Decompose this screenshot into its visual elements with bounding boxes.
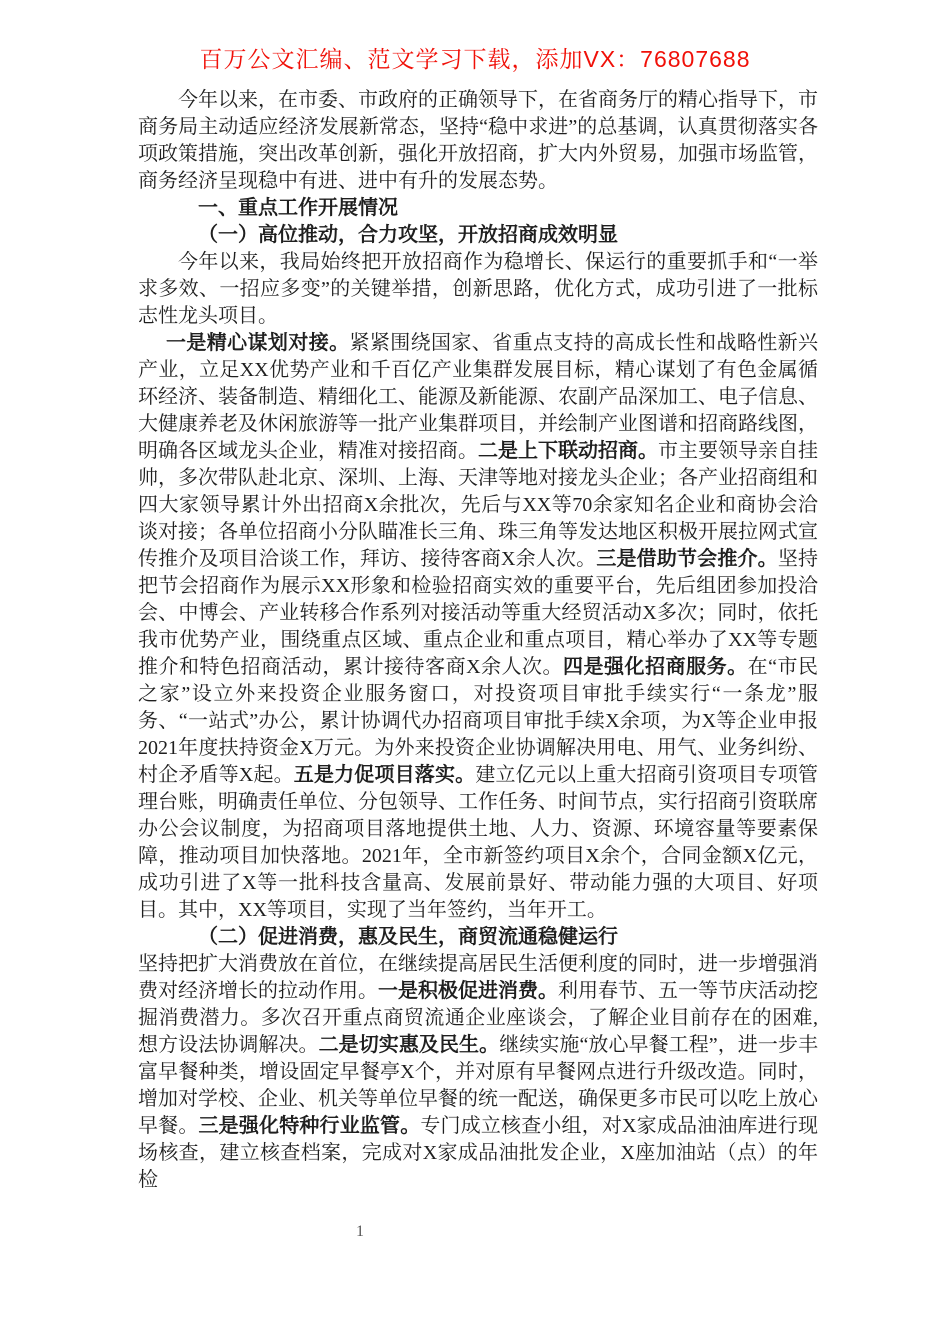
text-run: 今年以来，在市委、市政府的正确领导下，在省商务厅的精心指导下，市商务局主动适应经…	[138, 89, 818, 192]
subsection-heading-1-2: （二）促进消费，惠及民生，商贸流通稳健运行	[138, 924, 818, 951]
bold-text-run: （一）高位推动，合力攻坚，开放招商成效明显	[198, 224, 618, 246]
subsection-1-1-items-paragraph: 一是精心谋划对接。紧紧围绕国家、省重点支持的高成长性和战略性新兴产业，立足XX优…	[138, 330, 818, 924]
bold-text-run: 二是上下联动招商。	[478, 440, 658, 462]
bold-text-run: 二是切实惠及民生。	[319, 1034, 500, 1056]
promo-banner-text: 百万公文汇编、范文学习下载，添加VX：76807688	[0, 0, 950, 74]
bold-text-run: 四是强化招商服务。	[563, 656, 748, 678]
subsection-heading-1-1: （一）高位推动，合力攻坚，开放招商成效明显	[138, 222, 818, 249]
text-run: 建立亿元以上重大招商引资项目专项管理台账，明确责任单位、分包领导、工作任务、时间…	[138, 764, 818, 921]
bold-text-run: 一是精心谋划对接。	[166, 332, 349, 354]
bold-text-run: （二）促进消费，惠及民生，商贸流通稳健运行	[198, 926, 618, 948]
document-page: 百万公文汇编、范文学习下载，添加VX：76807688 今年以来，在市委、市政府…	[0, 0, 950, 1344]
bold-text-run: 三是强化特种行业监管。	[199, 1115, 421, 1137]
bold-text-run: 一是积极促进消费。	[378, 980, 558, 1002]
intro-paragraph: 今年以来，在市委、市政府的正确领导下，在省商务厅的精心指导下，市商务局主动适应经…	[138, 87, 818, 195]
bold-text-run: 三是借助节会推介。	[596, 548, 778, 570]
subsection-1-2-paragraph: 坚持把扩大消费放在首位，在继续提高居民生活便利度的同时，进一步增强消费对经济增长…	[138, 951, 818, 1194]
bold-text-run: 五是力促项目落实。	[294, 764, 476, 786]
subsection-1-1-lead-paragraph: 今年以来，我局始终把开放招商作为稳增长、保运行的重要抓手和“一举求多效、一招应多…	[138, 249, 818, 330]
document-body: 今年以来，在市委、市政府的正确领导下，在省商务厅的精心指导下，市商务局主动适应经…	[138, 87, 818, 1194]
bold-text-run: 一、重点工作开展情况	[198, 197, 398, 219]
text-run: 今年以来，我局始终把开放招商作为稳增长、保运行的重要抓手和“一举求多效、一招应多…	[138, 251, 818, 327]
page-number: 1	[138, 1222, 950, 1242]
section-heading-1: 一、重点工作开展情况	[138, 195, 818, 222]
